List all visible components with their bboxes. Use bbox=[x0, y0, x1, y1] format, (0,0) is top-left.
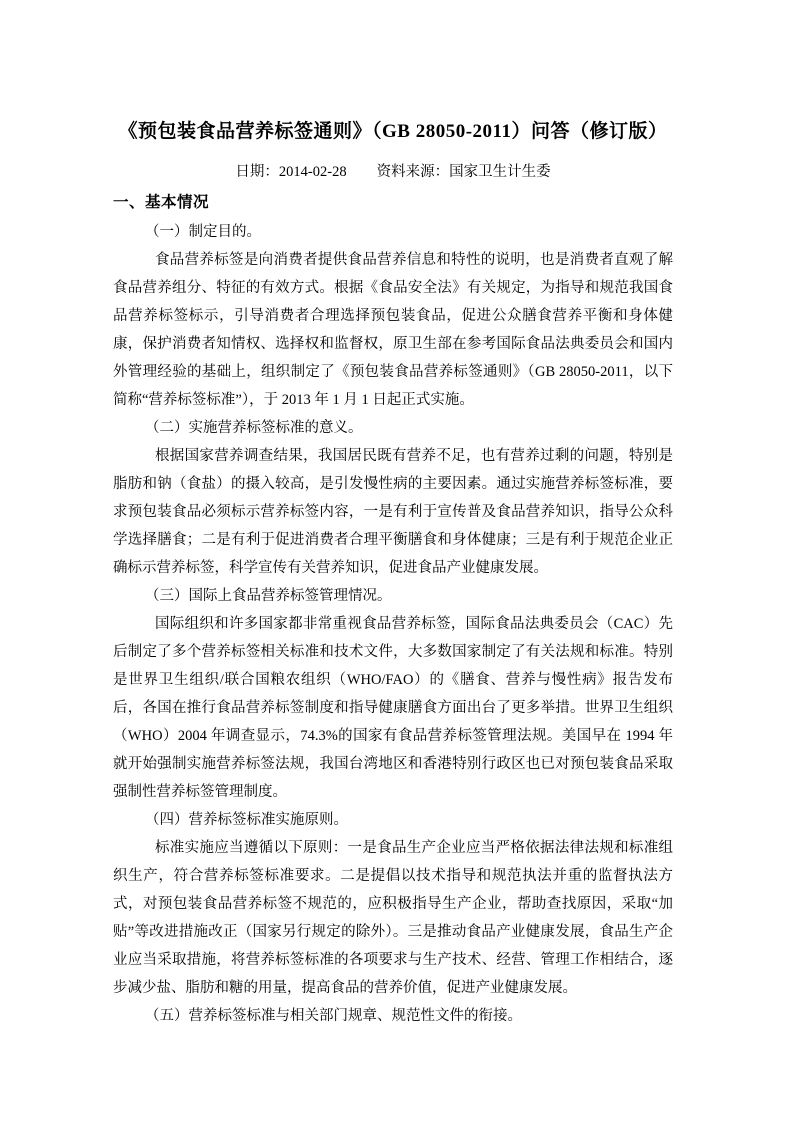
source-text: 资料来源：国家卫生计生委 bbox=[377, 164, 551, 180]
paragraph: 国际组织和许多国家都非常重视食品营养标签，国际食品法典委员会（CAC）先后制定了… bbox=[113, 610, 673, 806]
document-title: 《预包装食品营养标签通则》（GB 28050-2011）问答（修订版） bbox=[113, 116, 673, 148]
paragraph: 根据国家营养调查结果，我国居民既有营养不足，也有营养过剩的问题，特别是脂肪和钠（… bbox=[113, 442, 673, 582]
paragraphs: （一）制定目的。食品营养标签是向消费者提供食品营养信息和特性的说明，也是消费者直… bbox=[113, 218, 673, 1030]
date-text: 日期：2014-02-28 bbox=[235, 164, 346, 180]
sub-heading: （三）国际上食品营养标签管理情况。 bbox=[113, 582, 673, 610]
sub-heading: （二）实施营养标签标准的意义。 bbox=[113, 414, 673, 442]
paragraph: 标准实施应当遵循以下原则：一是食品生产企业应当严格依据法律法规和标准组织生产，符… bbox=[113, 834, 673, 1002]
meta-line: 日期：2014-02-28资料来源：国家卫生计生委 bbox=[113, 161, 673, 183]
section-heading: 一、基本情况 bbox=[113, 190, 673, 216]
sub-heading: （四）营养标签标准实施原则。 bbox=[113, 806, 673, 834]
sub-heading: （五）营养标签标准与相关部门规章、规范性文件的衔接。 bbox=[113, 1002, 673, 1030]
document-page: 《预包装食品营养标签通则》（GB 28050-2011）问答（修订版） 日期：2… bbox=[0, 0, 793, 1122]
paragraph: 食品营养标签是向消费者提供食品营养信息和特性的说明，也是消费者直观了解食品营养组… bbox=[113, 246, 673, 414]
sub-heading: （一）制定目的。 bbox=[113, 218, 673, 246]
